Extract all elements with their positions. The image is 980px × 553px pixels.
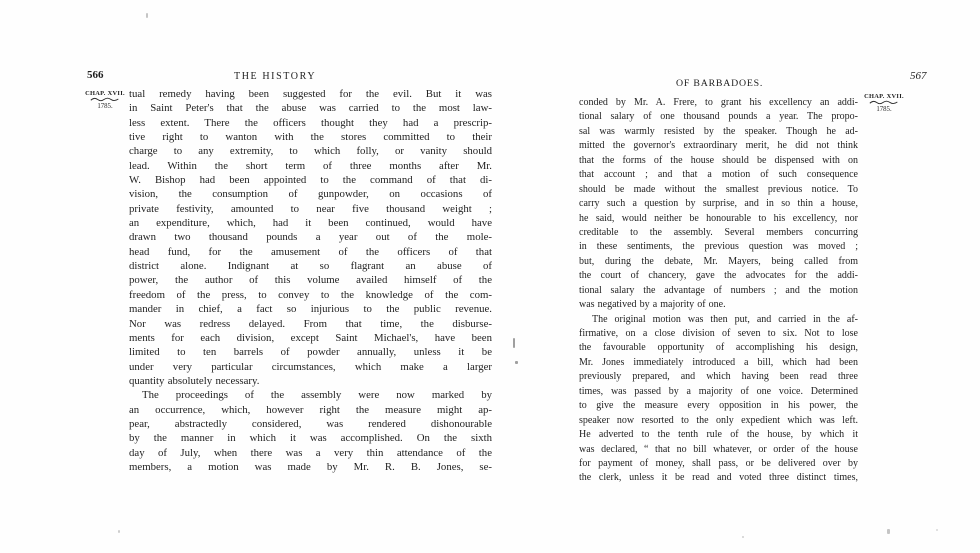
scan-speck: [887, 529, 890, 534]
text-line: tional salary of one thousand pounds a y…: [579, 110, 858, 124]
text-line: W. Bishop had been appointed to the comm…: [129, 173, 492, 187]
text-line: under very particular circumstances, whi…: [129, 360, 492, 374]
text-line: an occurrence, which, however right the …: [129, 403, 492, 417]
text-line: mitted the governor's extraordinary meri…: [579, 139, 858, 153]
text-line: head fund, for the amusement of the offi…: [129, 245, 492, 259]
text-line: he said, would neither be honourable to …: [579, 212, 858, 226]
text-line: previously prepared, and which having be…: [579, 370, 858, 384]
right-page-text: conded by Mr. A. Frere, to grant his exc…: [579, 96, 858, 486]
text-line: lead. Within the short term of three mon…: [129, 159, 492, 173]
right-running-header: OF BARBADOES.: [676, 78, 763, 89]
text-line: by the manner in which it was accomplish…: [129, 431, 492, 445]
text-line: carry such a question by surprise, and i…: [579, 197, 858, 211]
right-chapter-label: CHAP. XVII.: [856, 93, 912, 100]
text-line: that the forms of the house should be di…: [579, 154, 858, 168]
text-line: vision, the consumption of gunpowder, on…: [129, 187, 492, 201]
text-line: ments for each division, except Saint Mi…: [129, 331, 492, 345]
left-margin-note: CHAP. XVII. 1785.: [80, 90, 130, 111]
scan-speck: [742, 536, 744, 538]
text-line: that account ; and that a motion of such…: [579, 168, 858, 182]
text-line: but, during the debate, Mr. Mayers, bein…: [579, 255, 858, 269]
scan-speck: [936, 529, 938, 531]
text-line: an expenditure, which, had it been conti…: [129, 216, 492, 230]
right-year-label: 1785.: [856, 106, 912, 113]
text-line: power, the author of this volume availed…: [129, 273, 492, 287]
text-line: The proceedings of the assembly were now…: [129, 388, 492, 402]
text-line: speaker now resorted to the only expedie…: [579, 414, 858, 428]
text-line: limited to ten barrels of powder annuall…: [129, 345, 492, 359]
text-line: district alone. Indignant at so flagrant…: [129, 259, 492, 273]
text-line: freedom of the press, to convey to the k…: [129, 288, 492, 302]
scan-speck: [515, 361, 518, 364]
text-line: sal was warmly resisted by the speaker. …: [579, 125, 858, 139]
text-line: was negatived by a majority of one.: [579, 298, 858, 312]
text-line: day of July, when there was a very thin …: [129, 446, 492, 460]
left-page-number: 566: [87, 69, 104, 81]
right-margin-note: CHAP. XVII. 1785.: [856, 93, 912, 114]
scan-speck: [118, 530, 120, 533]
text-line: firmative, on a close division of seven …: [579, 327, 858, 341]
text-line: He adverted to the tenth rule of the hou…: [579, 428, 858, 442]
text-line: charge to any extremity, to which folly,…: [129, 144, 492, 158]
left-chapter-label: CHAP. XVII.: [80, 90, 130, 97]
text-line: Nor was redress delayed. From that time,…: [129, 317, 492, 331]
text-line: tional salary the advantage of numbers ;…: [579, 284, 858, 298]
text-line: the court of chancery, gave the advocate…: [579, 269, 858, 283]
left-running-header: THE HISTORY: [234, 71, 316, 82]
text-line: the clerk, unless it be read and voted t…: [579, 471, 858, 485]
book-scan: 566 THE HISTORY CHAP. XVII. 1785. tual r…: [0, 0, 980, 553]
text-line: in these sentiments, the previous questi…: [579, 240, 858, 254]
text-line: times, was passed by a majority of one v…: [579, 385, 858, 399]
text-line: creditable to the assembly. Several memb…: [579, 226, 858, 240]
text-line: less extent. There the officers thought …: [129, 116, 492, 130]
text-line: to give the measure every opposition in …: [579, 399, 858, 413]
text-line: tual remedy having been suggested for th…: [129, 87, 492, 101]
text-line: mander in chief, a fact so injurious to …: [129, 302, 492, 316]
text-line: tive right to wanton with the stores com…: [129, 130, 492, 144]
text-line: members, a motion was made by Mr. R. B. …: [129, 460, 492, 474]
scan-speck: [513, 338, 515, 348]
text-line: drawn two thousand pounds a year out of …: [129, 230, 492, 244]
text-line: was declared, “ that no bill whatever, o…: [579, 443, 858, 457]
text-line: for payment of money, shall pass, or be …: [579, 457, 858, 471]
right-page-number: 567: [910, 70, 927, 82]
scan-speck: [146, 13, 148, 18]
left-page-text: tual remedy having been suggested for th…: [129, 87, 492, 474]
text-line: private festivity, amounted to near five…: [129, 202, 492, 216]
text-line: pear, abstractedly considered, was rende…: [129, 417, 492, 431]
text-line: Mr. Jones immediately introduced a bill,…: [579, 356, 858, 370]
text-line: The original motion was then put, and ca…: [579, 313, 858, 327]
text-line: in Saint Peter's that the abuse was carr…: [129, 101, 492, 115]
text-line: should be made without the smallest prev…: [579, 183, 858, 197]
left-year-label: 1785.: [80, 103, 130, 110]
text-line: conded by Mr. A. Frere, to grant his exc…: [579, 96, 858, 110]
text-line: quantity absolutely necessary.: [129, 374, 492, 388]
text-line: the favourable opportunity of accomplish…: [579, 341, 858, 355]
